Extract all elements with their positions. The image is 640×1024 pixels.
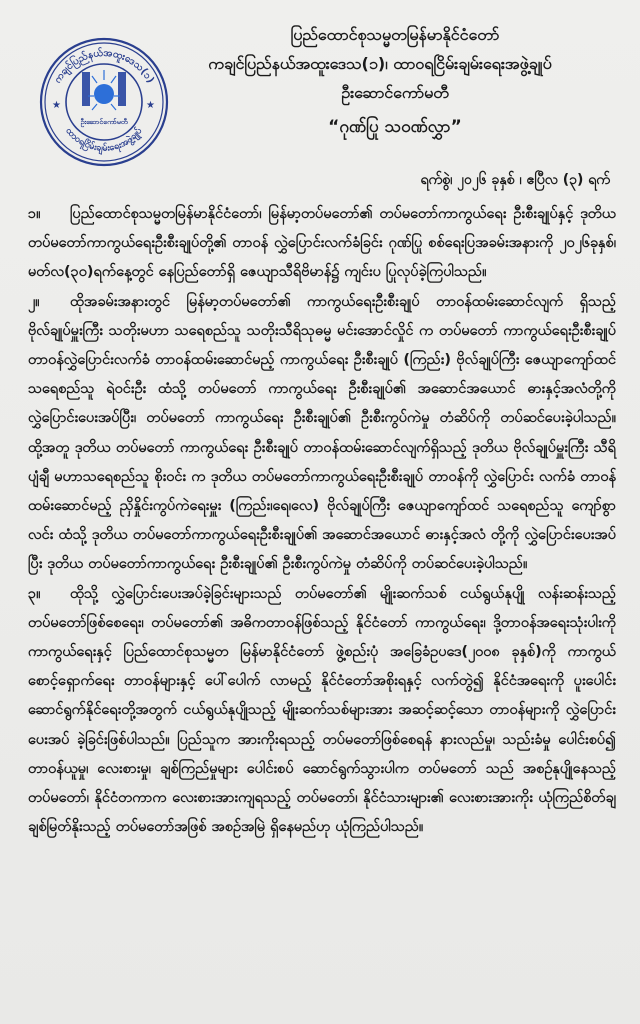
svg-text:★: ★: [146, 100, 155, 111]
paragraph-text: ထိုအခမ်းအနားတွင် မြန်မာ့တပ်မတော်၏ ကာကွယ်…: [28, 294, 616, 573]
document-title: “ဂုဏ်ပြု သဝဏ်လွှာ”: [175, 113, 615, 142]
document-date: ရက်စွဲ၊ ၂၀၂၆ ခုနှစ် ၊ ဧပြီလ (၃) ရက်: [420, 170, 610, 191]
paragraph-number: ၃။: [28, 580, 70, 609]
organization-name: ကချင်ပြည်နယ်အထူးဒေသ(၁)၊ ထာဝရငြိမ်းချမ်းရ…: [145, 49, 615, 78]
document-body: ၁။ပြည်ထောင်စုသမ္မတမြန်မာနိုင်ငံတော်၊ မြန…: [28, 200, 616, 842]
paragraph-1: ၁။ပြည်ထောင်စုသမ္မတမြန်မာနိုင်ငံတော်၊ မြန…: [28, 200, 616, 288]
paragraph-number: ၂။: [28, 288, 70, 317]
paragraph-2: ၂။ထိုအခမ်းအနားတွင် မြန်မာ့တပ်မတော်၏ ကာကွ…: [28, 288, 616, 580]
country-name: ပြည်ထောင်စုသမ္မတမြန်မာနိုင်ငံတော်: [175, 20, 615, 49]
document-page: ကချင်ပြည်နယ်အထူးဒေသ(၁) ထာဝရငြိမ်းချမ်းရေ…: [0, 0, 640, 1024]
paragraph-number: ၁။: [28, 200, 70, 229]
committee-name: ဦးဆောင်ကော်မတီ: [175, 78, 615, 107]
paragraph-3: ၃။ထိုသို့ လွှဲပြောင်းပေးအပ်ခဲ့ခြင်းများသ…: [28, 580, 616, 843]
letterhead: ပြည်ထောင်စုသမ္မတမြန်မာနိုင်ငံတော် ကချင်ပ…: [175, 20, 615, 142]
svg-text:ဦးဆောင်ကော်မတီ: ဦးဆောင်ကော်မတီ: [80, 118, 128, 128]
paragraph-text: ထိုသို့ လွှဲပြောင်းပေးအပ်ခဲ့ခြင်းများသည်…: [28, 586, 616, 836]
svg-text:★: ★: [52, 100, 61, 111]
paragraph-text: ပြည်ထောင်စုသမ္မတမြန်မာနိုင်ငံတော်၊ မြန်မ…: [28, 206, 616, 280]
